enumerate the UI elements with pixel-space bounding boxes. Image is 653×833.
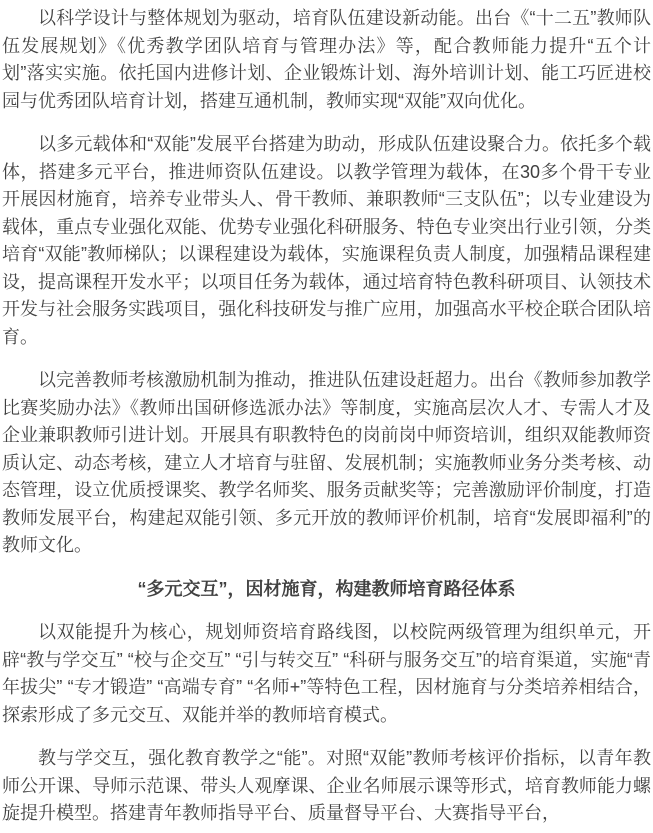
paragraph-science-design: 以科学设计与整体规划为驱动，培育队伍建设新动能。出台《“十二五”教师队伍发展规划… xyxy=(2,5,651,115)
paragraph-teach-learn-interaction: 教与学交互，强化教育教学之“能”。对照“双能”教师考核评价指标，以青年教师公开课… xyxy=(2,745,651,828)
article-body: 以科学设计与整体规划为驱动，培育队伍建设新动能。出台《“十二五”教师队伍发展规划… xyxy=(0,0,653,833)
paragraph-assessment-incentive: 以完善教师考核激励机制为推动，推进队伍建设赶超力。出台《教师参加教学比赛奖励办法… xyxy=(2,367,651,560)
paragraph-multi-carrier: 以多元载体和“双能”发展平台搭建为助动，形成队伍建设聚合力。依托多个载体，搭建多… xyxy=(2,131,651,351)
paragraph-dual-ability-core: 以双能提升为核心，规划师资培育路线图，以校院两级管理为组织单元，开辟“教与学交互… xyxy=(2,619,651,729)
section-heading: “多元交互”，因材施育，构建教师培育路径体系 xyxy=(2,576,651,604)
